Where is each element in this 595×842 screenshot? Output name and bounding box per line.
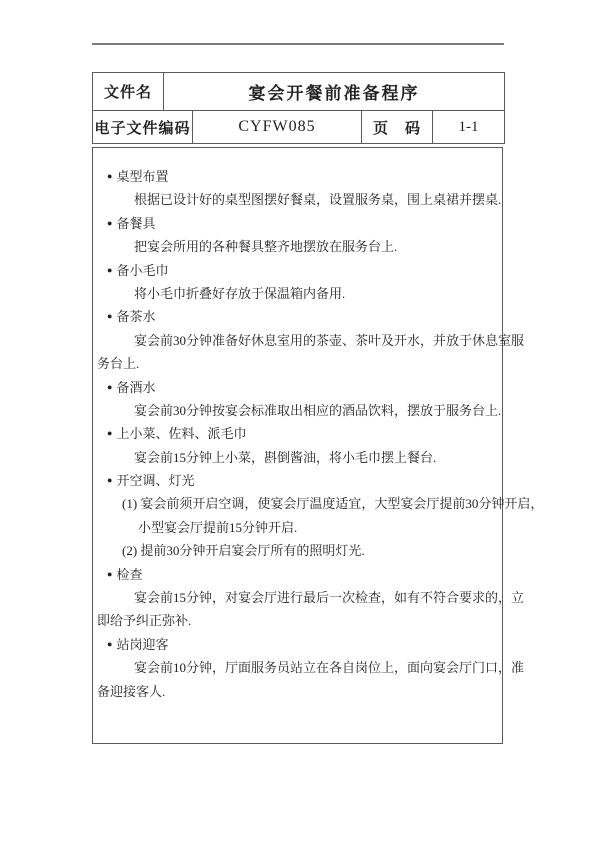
code-value: CYFW085 bbox=[192, 111, 361, 143]
section-line: 宴会前15分钟上小菜，斟倒酱油，将小毛巾摆上餐台. bbox=[93, 446, 502, 469]
bullet-icon: ● bbox=[107, 428, 112, 438]
section-line: 宴会前30分钟按宴会标准取出相应的酒品饮料，摆放于服务台上. bbox=[93, 399, 502, 422]
header-row-title: 文件名 宴会开餐前准备程序 bbox=[93, 73, 504, 110]
section-line: 把宴会所用的各种餐具整齐地摆放在服务台上. bbox=[93, 235, 502, 258]
document-header-table: 文件名 宴会开餐前准备程序 电子文件编码 CYFW085 页 码 1-1 bbox=[92, 72, 505, 144]
code-label: 电子文件编码 bbox=[93, 111, 192, 143]
section-heading-text: 备酒水 bbox=[116, 380, 155, 395]
bullet-icon: ● bbox=[107, 569, 112, 579]
section-heading-text: 备茶水 bbox=[116, 309, 155, 324]
section-line: 小型宴会厅提前15分钟开启. bbox=[93, 516, 502, 539]
section-line: 宴会前10分钟，厅面服务员站立在各自岗位上，面向宴会厅门口，准 bbox=[93, 656, 502, 679]
section-line: 宴会前15分钟，对宴会厅进行最后一次检查，如有不符合要求的，立 bbox=[93, 586, 502, 609]
bullet-icon: ● bbox=[107, 218, 112, 228]
document-page: 文件名 宴会开餐前准备程序 电子文件编码 CYFW085 页 码 1-1 ●桌型… bbox=[0, 0, 595, 842]
section-heading: ●上小菜、佐料、派毛巾 bbox=[93, 422, 502, 445]
section-line: 将小毛巾折叠好存放于保温箱内备用. bbox=[93, 282, 502, 305]
section-heading-text: 备餐具 bbox=[116, 216, 155, 231]
section-heading-text: 开空调、灯光 bbox=[116, 473, 194, 488]
section-heading-text: 检查 bbox=[116, 567, 142, 582]
page-number-label: 页 码 bbox=[361, 111, 432, 143]
section-heading: ●备餐具 bbox=[93, 212, 502, 235]
section-line: (2) 提前30分钟开启宴会厅所有的照明灯光. bbox=[93, 539, 502, 562]
section-heading-text: 桌型布置 bbox=[116, 169, 168, 184]
section-heading: ●桌型布置 bbox=[93, 165, 502, 188]
bullet-icon: ● bbox=[107, 311, 112, 321]
bullet-icon: ● bbox=[107, 265, 112, 275]
bullet-icon: ● bbox=[107, 382, 112, 392]
document-title: 宴会开餐前准备程序 bbox=[163, 73, 504, 110]
section-heading: ●备小毛巾 bbox=[93, 259, 502, 282]
section-line: 宴会前30分钟准备好休息室用的茶壶、茶叶及开水，并放于休息室服 bbox=[93, 329, 502, 352]
section-line: 备迎接客人. bbox=[93, 680, 502, 703]
section-heading: ●站岗迎客 bbox=[93, 633, 502, 656]
section-line: 即给予纠正弥补. bbox=[93, 609, 502, 632]
section-heading-text: 上小菜、佐料、派毛巾 bbox=[116, 426, 246, 441]
bullet-icon: ● bbox=[107, 639, 112, 649]
header-row-code: 电子文件编码 CYFW085 页 码 1-1 bbox=[93, 110, 504, 143]
section-line: (1) 宴会前须开启空调，使宴会厅温度适宜，大型宴会厅提前30分钟开启， bbox=[93, 492, 502, 515]
section-line: 根据已设计好的桌型图摆好餐桌，设置服务桌，围上桌裙并摆桌. bbox=[93, 188, 502, 211]
page-number-value: 1-1 bbox=[432, 111, 504, 143]
section-heading: ●检查 bbox=[93, 563, 502, 586]
section-heading: ●备茶水 bbox=[93, 305, 502, 328]
section-heading: ●备酒水 bbox=[93, 376, 502, 399]
header-rule bbox=[92, 43, 504, 45]
bullet-icon: ● bbox=[107, 171, 112, 181]
file-name-label: 文件名 bbox=[93, 73, 163, 110]
bullet-icon: ● bbox=[107, 475, 112, 485]
section-heading-text: 站岗迎客 bbox=[116, 637, 168, 652]
section-heading: ●开空调、灯光 bbox=[93, 469, 502, 492]
content-box: ●桌型布置根据已设计好的桌型图摆好餐桌，设置服务桌，围上桌裙并摆桌.●备餐具把宴… bbox=[92, 147, 503, 744]
section-heading-text: 备小毛巾 bbox=[116, 263, 168, 278]
section-line: 务台上. bbox=[93, 352, 502, 375]
